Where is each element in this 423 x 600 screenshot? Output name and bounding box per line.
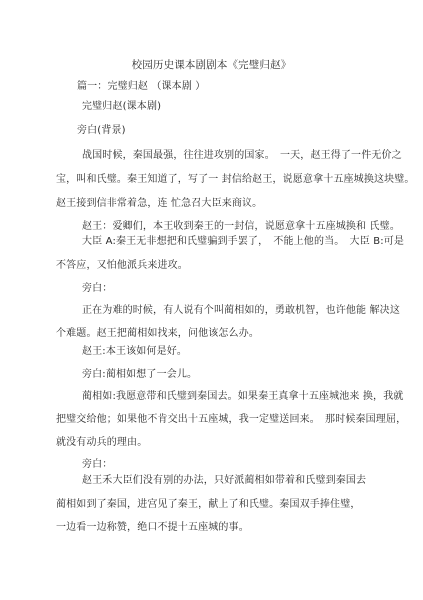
script-line: 就没有动兵的理由。 (56, 437, 147, 449)
script-line: 一边看一边称赞，绝口不提十五座城的事。 (56, 522, 249, 534)
script-line: 旁白(背景) (77, 125, 126, 137)
script-line: 把璧交给他；如果他不肯交出十五座城，我一定璧送回来。 那时候秦国理屈， (56, 414, 406, 426)
script-line: 蔺相如:我愿意带和氏璧到秦国去。如果秦王真拿十五座城池来 换，我就 (82, 391, 404, 403)
script-line: 赵王接到信非常着急，连 忙急召大臣来商议。 (56, 198, 262, 210)
section-heading: 篇一：完璧归赵 （课本剧 ） (77, 81, 205, 93)
subtitle: 完璧归赵(课本剧) (82, 101, 161, 113)
document-page: 校园历史课本剧剧本《完璧归赵》 篇一：完璧归赵 （课本剧 ） 完璧归赵(课本剧)… (0, 0, 423, 600)
script-line: 赵王:本王该如何是好。 (82, 346, 187, 358)
script-line: 宝，叫和氏璧。秦王知道了，写了一 封信给赵王，说愿意拿十五座城换这块璧。 (56, 174, 415, 186)
script-line: 旁白： (82, 283, 112, 295)
script-line: 正在为难的时候，有人说有个叫蔺相如的，勇敢机智，也许他能 解决这 (82, 305, 400, 317)
script-line: 战国时候，秦国最强，往往进攻别的国家。 一天，赵王得了一件无价之 (82, 150, 402, 162)
script-line: 旁白： (82, 459, 112, 471)
script-line: 大臣 A:秦王无非想把和氏璧骗到手罢了， 不能上他的当。 大臣 B:可是 (82, 236, 404, 248)
script-line: 赵王：爱卿们，本王收到秦王的一封信，说愿意拿十五座城换和 氏璧。 (82, 221, 400, 233)
document-title: 校园历史课本剧剧本《完璧归赵》 (0, 59, 423, 71)
script-line: 赵王禾大臣们没有别的办法，只好派蔺相如带着和氏璧到秦国去 (82, 475, 366, 487)
script-line: 蔺相如到了秦国，进宫见了秦王，献上了和氏璧。秦国双手捧住璧， (56, 499, 361, 511)
script-line: 个难题。赵王把蔺相如找来，问他该怎么办。 (56, 328, 259, 340)
script-line: 旁白:蔺相如想了一会儿。 (82, 369, 197, 381)
script-line: 不答应，又怕他派兵来进攻。 (56, 260, 188, 272)
